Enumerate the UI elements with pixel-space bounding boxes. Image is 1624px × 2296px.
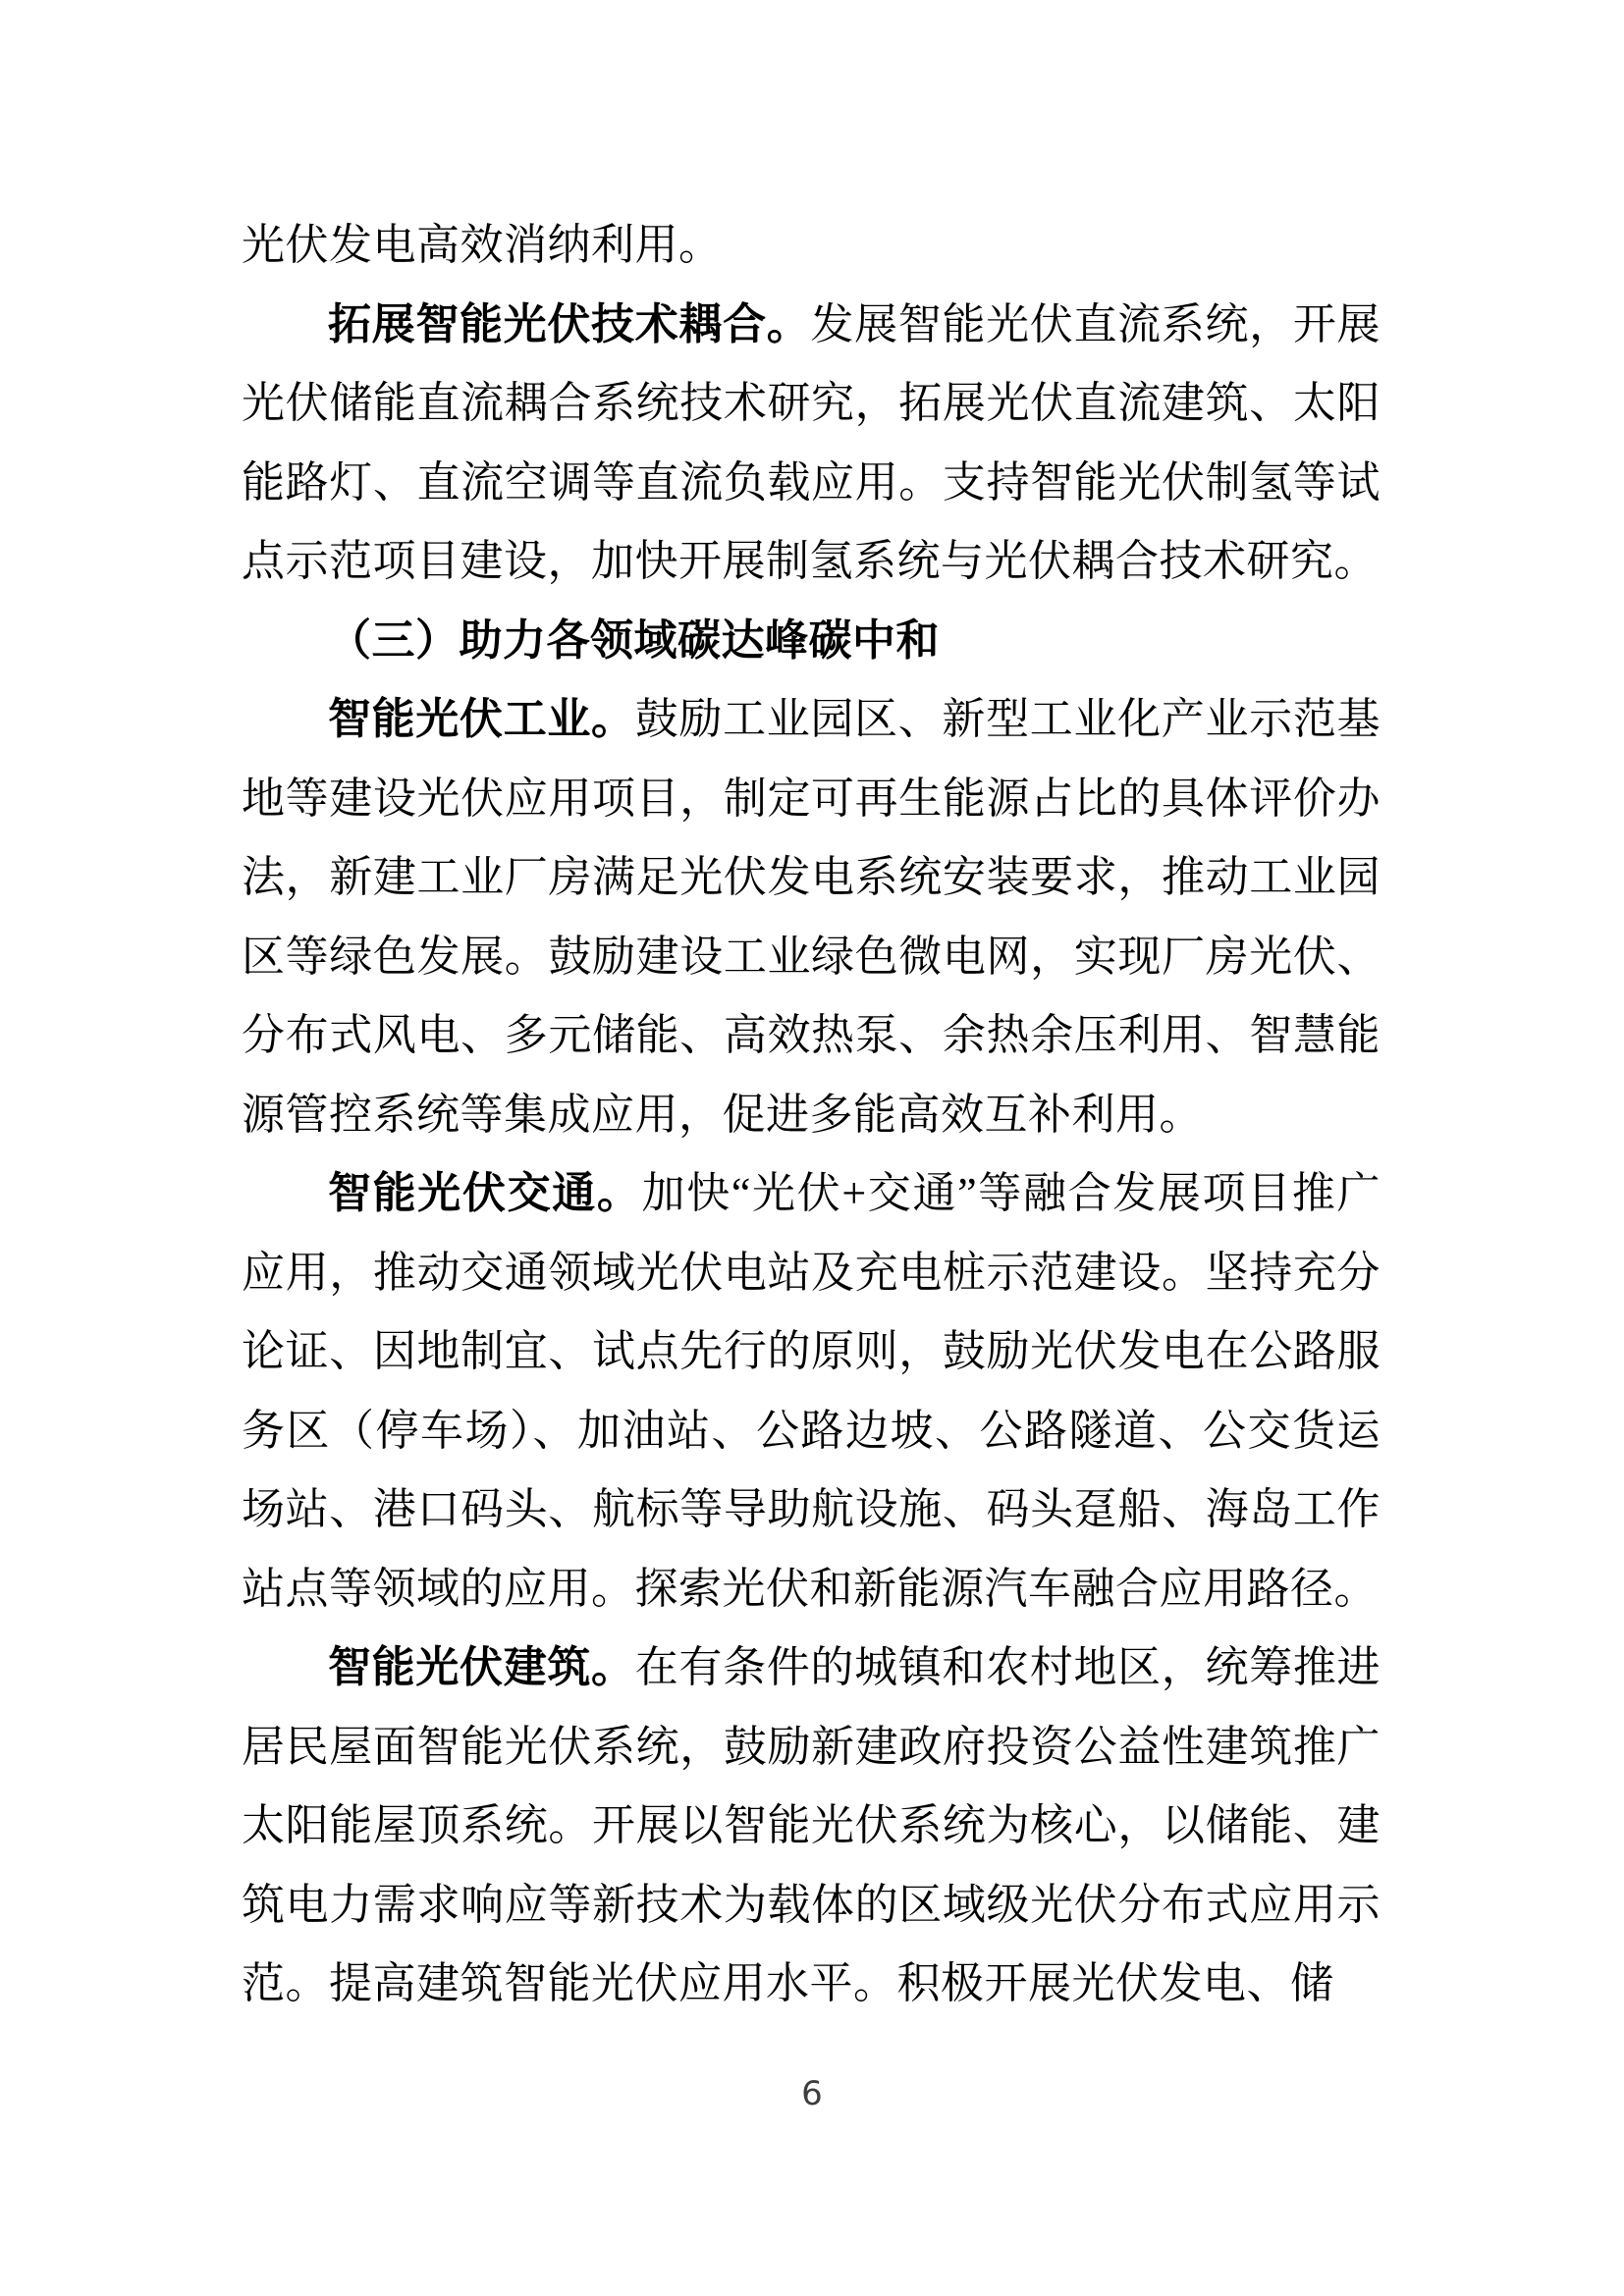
paragraph-lead-bold: 智能光伏工业。 [328,695,635,743]
paragraph-pv-industry: 智能光伏工业。鼓励工业园区、新型工业化产业示范基地等建设光伏应用项目，制定可再生… [242,680,1380,1154]
paragraph-pv-building: 智能光伏建筑。在有条件的城镇和农村地区，统筹推进居民屋面智能光伏系统，鼓励新建政… [242,1629,1380,2024]
page-number: 6 [0,2069,1624,2118]
paragraph-text: 加快“光伏+交通”等融合发展项目推广应用，推动交通领域光伏电站及充电桩示范建设。… [242,1169,1380,1613]
paragraph-tech-coupling: 拓展智能光伏技术耦合。发展智能光伏直流系统，开展光伏储能直流耦合系统技术研究，拓… [242,286,1380,602]
paragraph-text: 在有条件的城镇和农村地区，统筹推进居民屋面智能光伏系统，鼓励新建政府投资公益性建… [242,1643,1380,2007]
paragraph-text: 鼓励工业园区、新型工业化产业示范基地等建设光伏应用项目，制定可再生能源占比的具体… [242,695,1380,1139]
paragraph-text: 光伏发电高效消纳利用。 [242,221,723,269]
document-page: 光伏发电高效消纳利用。 拓展智能光伏技术耦合。发展智能光伏直流系统，开展光伏储能… [0,0,1624,2296]
document-content: 光伏发电高效消纳利用。 拓展智能光伏技术耦合。发展智能光伏直流系统，开展光伏储能… [242,206,1380,2024]
paragraph-lead-bold: 拓展智能光伏技术耦合。 [328,300,810,348]
paragraph-lead-bold: 智能光伏交通。 [328,1169,642,1217]
paragraph-continuation: 光伏发电高效消纳利用。 [242,206,1380,286]
section-heading: （三）助力各领域碳达峰碳中和 [242,602,1380,681]
paragraph-pv-transport: 智能光伏交通。加快“光伏+交通”等融合发展项目推广应用，推动交通领域光伏电站及充… [242,1154,1380,1629]
section-heading-text: （三）助力各领域碳达峰碳中和 [328,616,940,665]
paragraph-lead-bold: 智能光伏建筑。 [328,1643,635,1691]
